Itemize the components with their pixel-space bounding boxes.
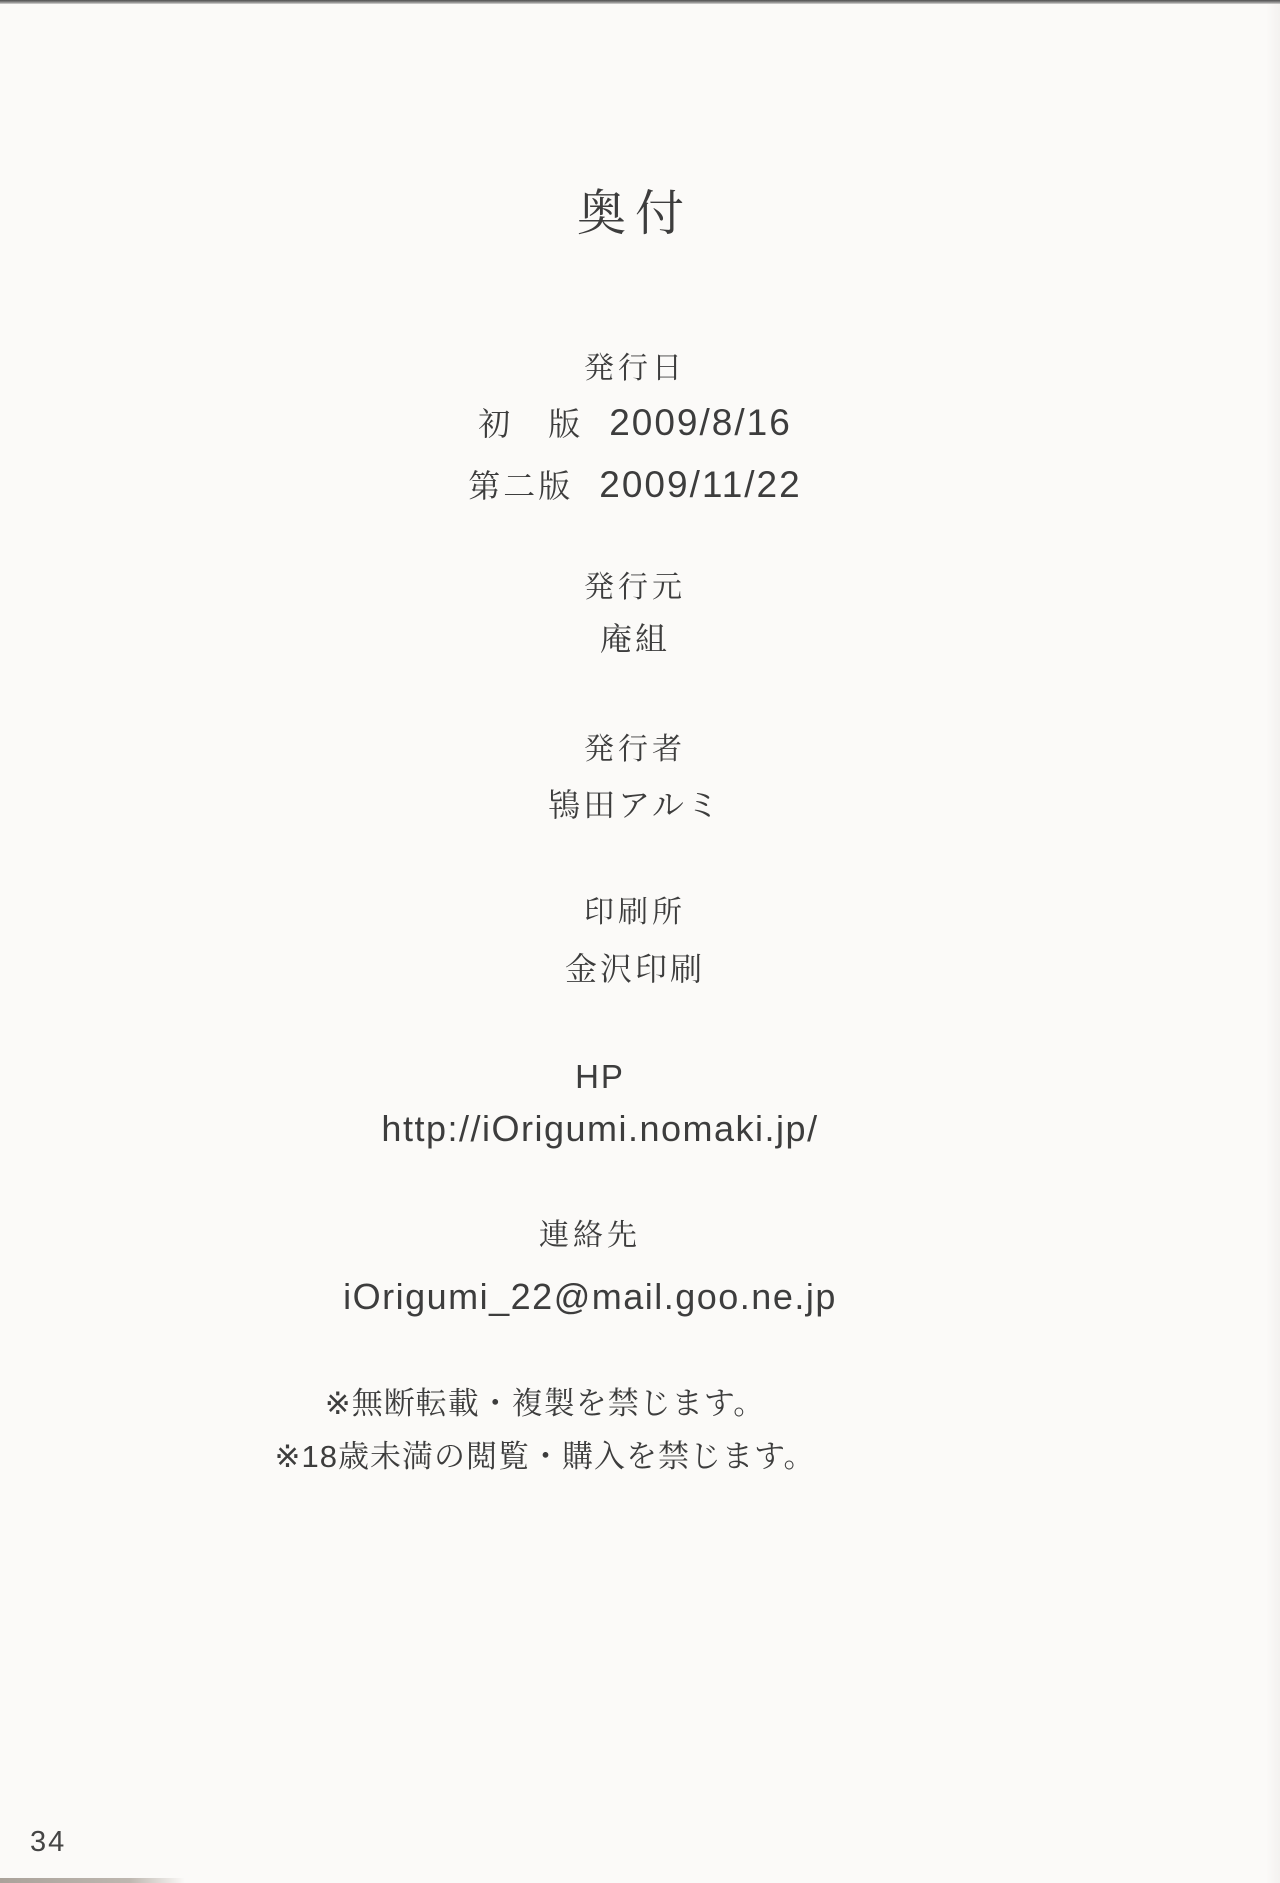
page-number: 34 (30, 1826, 66, 1859)
second-edition-label: 第二版 (468, 468, 573, 504)
second-edition-line: 第二版2009/11/22 (0, 465, 1275, 505)
section-label-printer: 印刷所 (0, 897, 1275, 929)
author-name: 鴇田アルミ (0, 788, 1275, 823)
publisher-circle-name: 庵組 (0, 622, 1275, 657)
scan-edge-top (0, 0, 1280, 4)
section-label-homepage: HP (0, 1059, 1240, 1095)
homepage-url: http://iOrigumi.nomaki.jp/ (0, 1110, 1240, 1149)
first-edition-line: 初 版2009/8/16 (0, 403, 1275, 443)
scan-shade-right (1266, 0, 1280, 1883)
section-label-publication-date: 発行日 (0, 353, 1275, 385)
page-title: 奥付 (0, 188, 1275, 241)
first-edition-date: 2009/8/16 (609, 402, 792, 443)
first-edition-label: 初 版 (478, 406, 583, 442)
section-label-contact: 連絡先 (0, 1220, 1230, 1252)
notice-age-restriction: ※18歳未満の閲覧・購入を禁じます。 (0, 1440, 1185, 1473)
section-label-author: 発行者 (0, 734, 1275, 766)
scan-edge-bottom (0, 1878, 185, 1883)
printer-name: 金沢印刷 (0, 952, 1275, 987)
section-label-publisher: 発行元 (0, 572, 1275, 604)
second-edition-date: 2009/11/22 (599, 464, 801, 505)
contact-email: iOrigumi_22@mail.goo.ne.jp (0, 1278, 1230, 1317)
notice-no-reproduction: ※無断転載・複製を禁じます。 (0, 1387, 1185, 1420)
